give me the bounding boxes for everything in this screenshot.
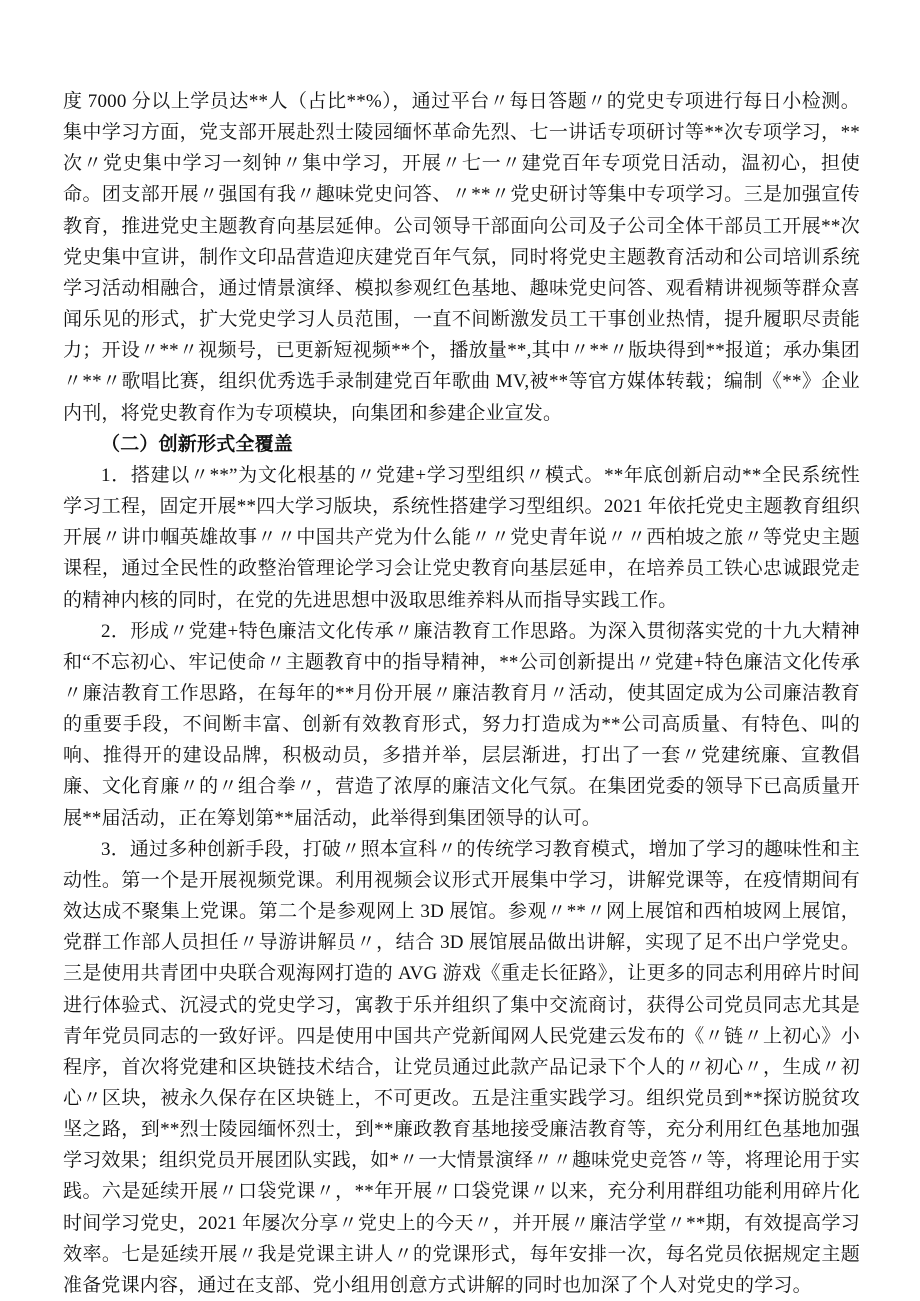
document-body: 度 7000 分以上学员达**人（占比**%），通过平台〃每日答题〃的党史专项进… bbox=[63, 86, 860, 1301]
section-heading: （二）创新形式全覆盖 bbox=[63, 429, 860, 460]
paragraph: 2．形成〃党建+特色廉洁文化传承〃廉洁教育工作思路。为深入贯彻落实党的十九大精神… bbox=[63, 616, 860, 834]
paragraph: 3．通过多种创新手段，打破〃照本宣科〃的传统学习教育模式，增加了学习的趣味性和主… bbox=[63, 834, 860, 1301]
paragraph: 度 7000 分以上学员达**人（占比**%），通过平台〃每日答题〃的党史专项进… bbox=[63, 86, 860, 429]
paragraph: 1．搭建以〃**”为文化根基的〃党建+学习型组织〃模式。**年底创新启动**全民… bbox=[63, 460, 860, 616]
document-page: 度 7000 分以上学员达**人（占比**%），通过平台〃每日答题〃的党史专项进… bbox=[0, 0, 920, 1301]
